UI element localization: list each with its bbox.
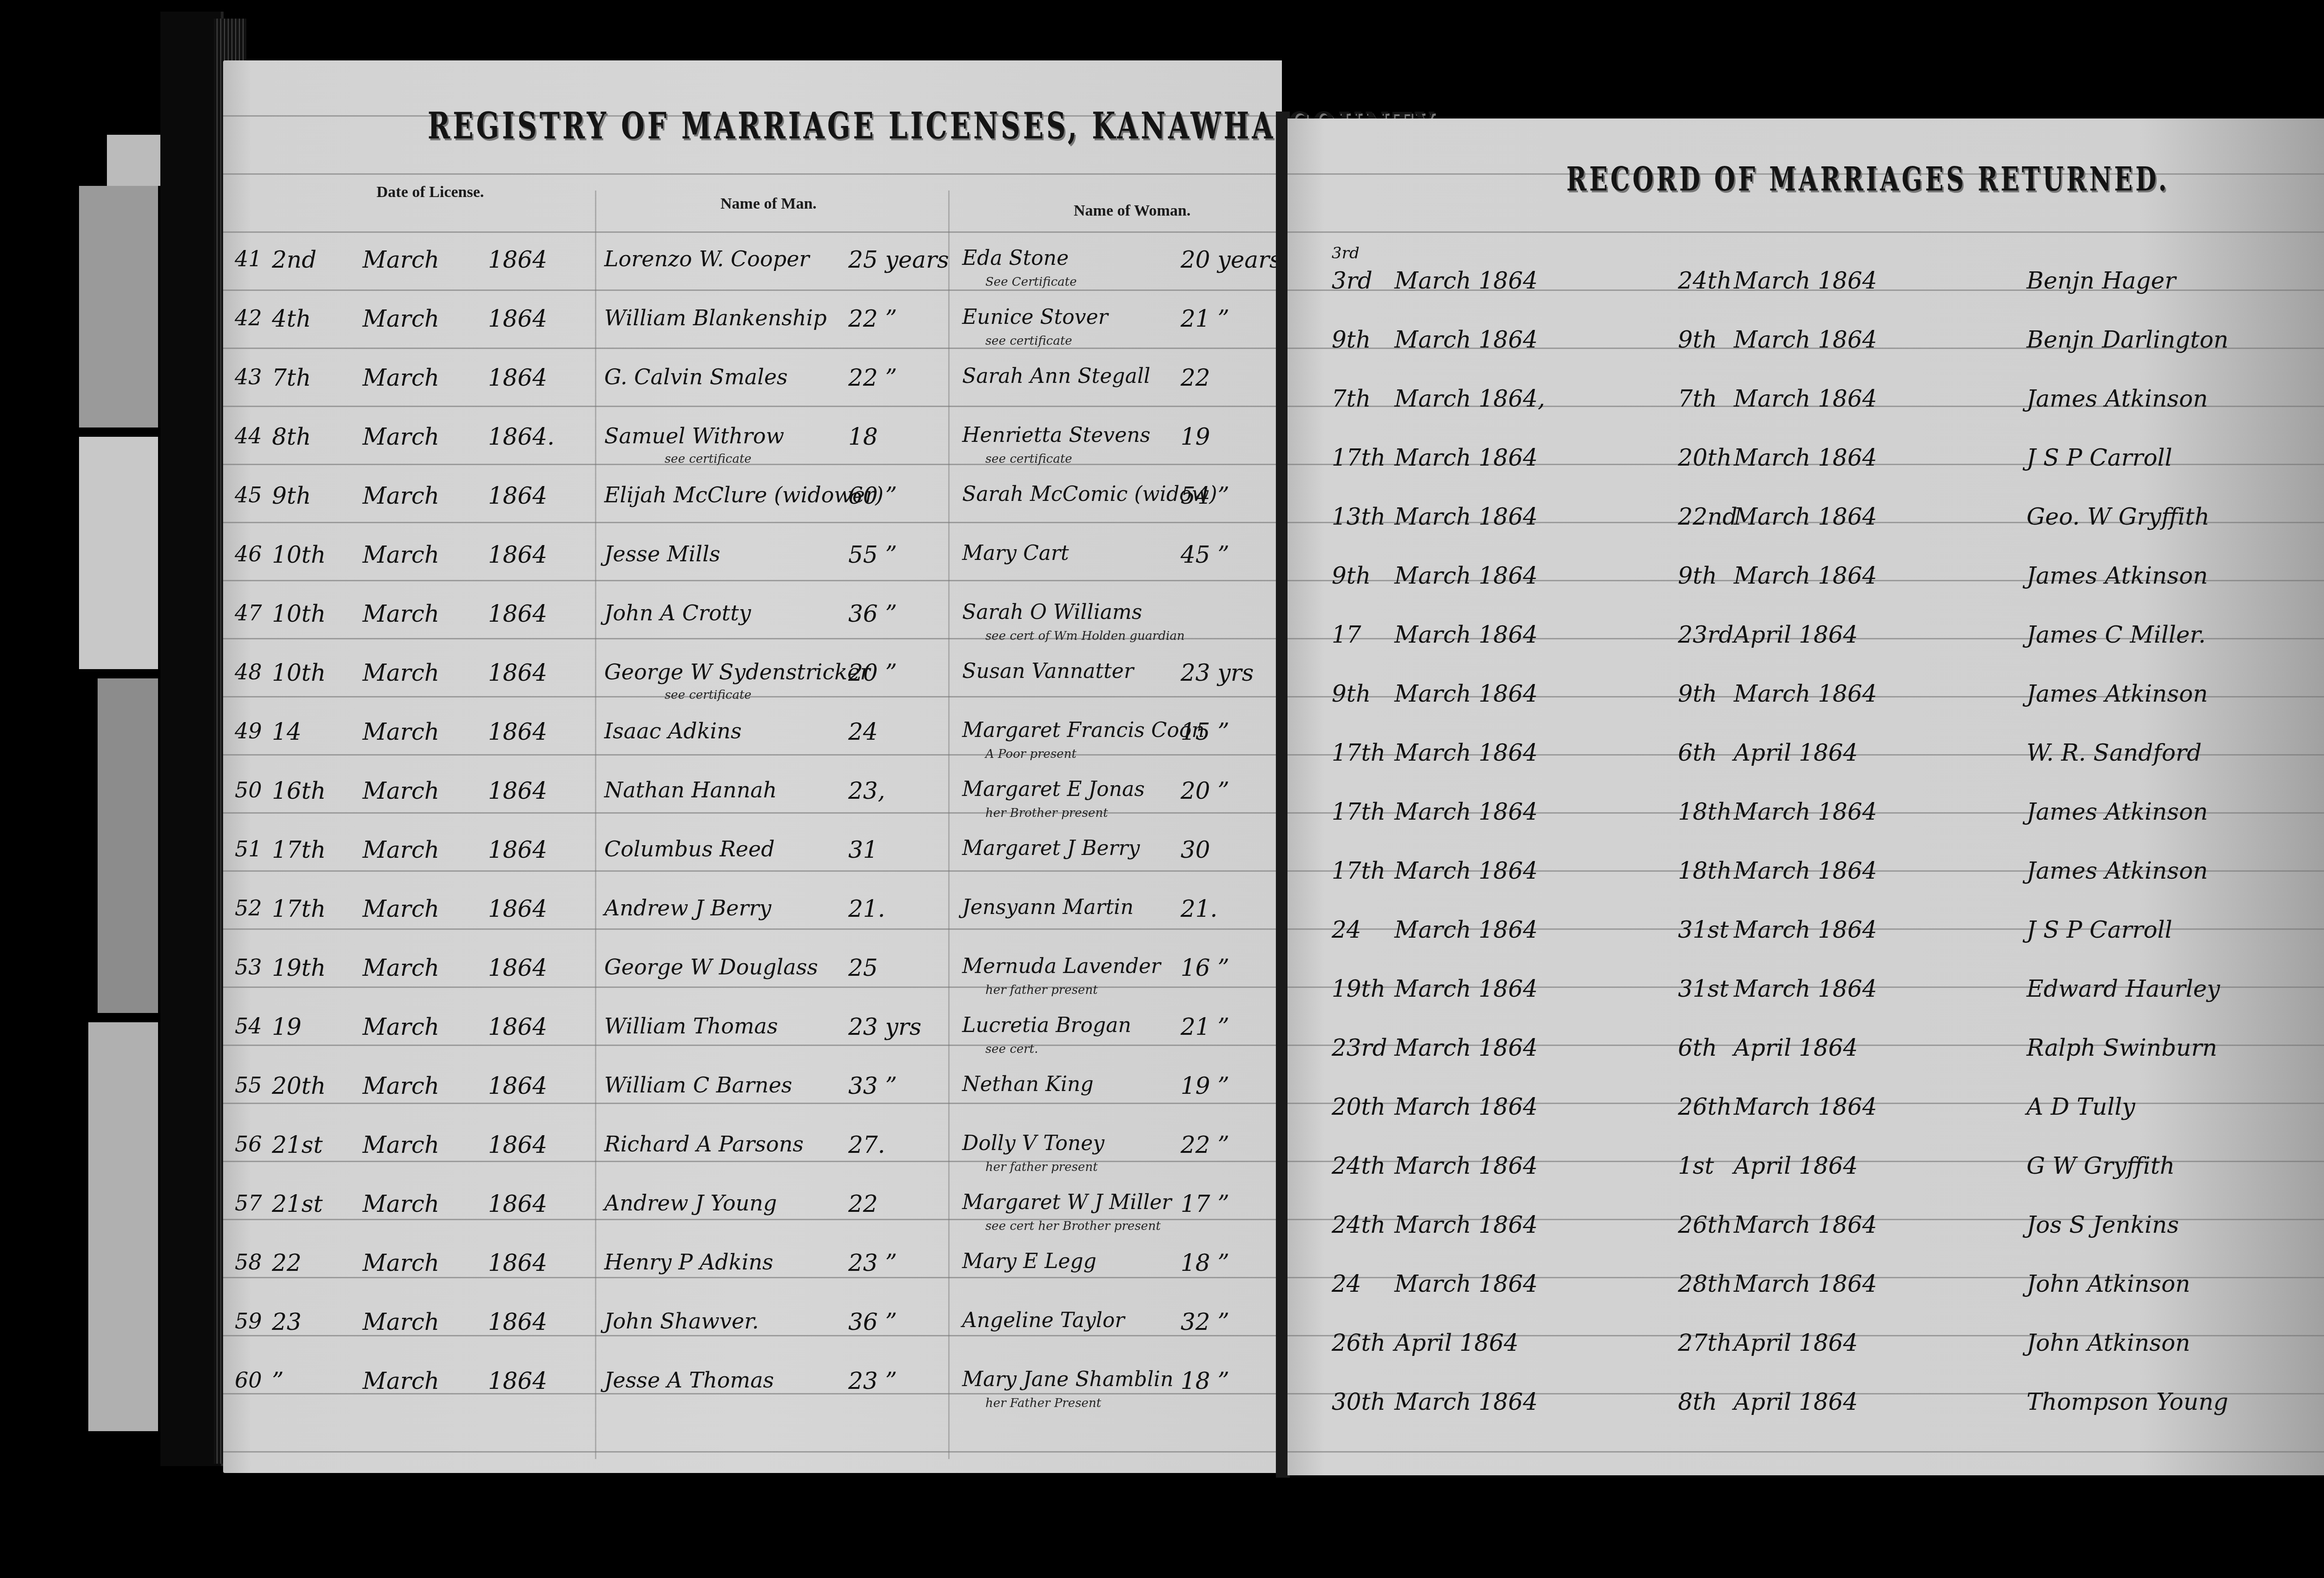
officiant-name: J S P Carroll [2027,444,2172,471]
woman-note: A Poor present [985,747,1076,761]
woman-name: Margaret Francis Coon [962,718,1205,742]
man-age: 27. [848,1131,885,1158]
returned-day: 18th [1678,857,1732,884]
married-date: March 1864 [1394,503,1538,530]
man-name: Nathan Hannah [604,777,777,802]
license-row: 47 10th March 1864 John A Crotty 36 ” Sa… [223,600,1282,658]
woman-age: 15 ” [1181,718,1229,745]
return-row: 24th March 1864 1st April 1864 G W Gryff… [1287,1152,2324,1210]
license-row: 51 17th March 1864 Columbus Reed 31 Marg… [223,836,1282,894]
license-year: 1864 [488,659,547,686]
license-year: 1864. [488,423,555,450]
man-age: 22 ” [848,364,897,391]
man-age: 18 [848,423,878,450]
woman-name: Eunice Stover [962,305,1108,329]
married-day: 17th [1332,444,1386,471]
return-row: 23rd March 1864 6th April 1864 Ralph Swi… [1287,1034,2324,1092]
entry-number: 41 [235,246,262,271]
return-row: 24 March 1864 31st March 1864 J S P Carr… [1287,916,2324,974]
married-day: 7th [1332,385,1371,412]
returned-date: March 1864 [1734,444,1877,471]
woman-note: see certificate [985,452,1072,466]
license-year: 1864 [488,1308,547,1335]
license-row: 60 ” March 1864 Jesse A Thomas 23 ” Mary… [223,1368,1282,1426]
returned-day: 31st [1678,975,1729,1002]
entry-number: 46 [235,541,262,566]
license-day: 9th [272,482,311,509]
married-date: March 1864 [1394,444,1538,471]
license-day: 23 [272,1308,302,1335]
returned-date: April 1864 [1734,1329,1858,1356]
married-date: March 1864 [1394,562,1538,589]
officiant-name: Jos S Jenkins [2027,1211,2179,1238]
returned-day: 23rd [1678,621,1734,648]
returned-day: 20th [1678,444,1732,471]
married-date: April 1864 [1394,1329,1519,1356]
return-row: 13th March 1864 22nd March 1864 Geo. W G… [1287,503,2324,561]
woman-note: her Brother present [985,806,1108,820]
returned-day: 8th [1678,1388,1717,1415]
married-date: March 1864 [1394,1211,1538,1238]
license-year: 1864 [488,718,547,745]
married-date: March 1864, [1394,385,1545,412]
woman-note: see certificate [985,334,1072,348]
married-day: 9th [1332,326,1371,353]
return-row: 17 March 1864 23rd April 1864 James C Mi… [1287,621,2324,679]
license-month: March [363,364,439,391]
license-day: 17th [272,836,326,863]
license-month: March [363,1013,439,1040]
woman-age: 21 ” [1181,305,1229,332]
married-date: March 1864 [1394,916,1538,943]
returned-date: March 1864 [1734,267,1877,294]
man-note: see certificate [665,688,752,702]
woman-name: Henrietta Stevens [962,423,1150,447]
license-day: 14 [272,718,302,745]
entry-number: 60 [235,1368,262,1393]
officiant-name: Geo. W Gryffith [2027,503,2210,530]
license-day: 20th [272,1072,326,1099]
entry-number: 56 [235,1131,262,1157]
license-month: March [363,1308,439,1335]
married-date: March 1864 [1394,621,1538,648]
top-annotation: 3rd [1332,244,1360,263]
married-day: 24th [1332,1152,1386,1179]
woman-age: 20 ” [1181,777,1229,804]
license-row: 54 19 March 1864 William Thomas 23 yrs L… [223,1013,1282,1072]
woman-name: Sarah O Williams [962,600,1142,624]
returned-date: April 1864 [1734,1034,1858,1061]
license-day: 19 [272,1013,302,1040]
return-row: 3rd March 1864 24th March 1864 Benjn Hag… [1287,267,2324,325]
woman-name: Margaret W J Miller [962,1190,1172,1214]
license-month: March [363,659,439,686]
license-year: 1864 [488,836,547,863]
woman-name: Margaret E Jonas [962,777,1145,801]
returned-date: April 1864 [1734,1152,1858,1179]
woman-name: Jensyann Martin [962,895,1134,919]
license-month: March [363,423,439,450]
man-age: 22 ” [848,305,897,332]
officiant-name: Ralph Swinburn [2027,1034,2217,1061]
license-month: March [363,600,439,627]
man-name: Jesse A Thomas [604,1368,774,1393]
married-date: March 1864 [1394,1270,1538,1297]
married-day: 3rd [1332,267,1373,294]
license-year: 1864 [488,1131,547,1158]
entry-number: 50 [235,777,262,802]
left-page: REGISTRY OF MARRIAGE LICENSES, KANAWHA C… [223,60,1282,1473]
woman-age: 19 ” [1181,1072,1229,1099]
man-age: 33 ” [848,1072,897,1099]
entry-number: 53 [235,954,262,980]
officiant-name: James Atkinson [2027,798,2208,825]
man-name: Isaac Adkins [604,718,742,743]
man-age: 31 [848,836,878,863]
woman-age: 22 [1181,364,1210,391]
license-year: 1864 [488,895,547,922]
man-name: Richard A Parsons [604,1131,804,1157]
column-header-date: Date of License. [376,184,484,201]
man-age: 36 ” [848,1308,897,1335]
man-name: Lorenzo W. Cooper [604,246,809,271]
returned-date: March 1864 [1734,857,1877,884]
man-name: Jesse Mills [604,541,720,566]
return-row: 17th March 1864 20th March 1864 J S P Ca… [1287,444,2324,502]
license-day: 22 [272,1249,302,1276]
married-day: 23rd [1332,1034,1387,1061]
man-age: 25 [848,954,878,981]
officiant-name: Thompson Young [2027,1388,2228,1415]
officiant-name: James Atkinson [2027,680,2208,707]
returned-date: April 1864 [1734,739,1858,766]
woman-age: 18 ” [1181,1249,1229,1276]
woman-note: see cert. [985,1042,1038,1056]
license-row: 49 14 March 1864 Isaac Adkins 24 Margare… [223,718,1282,776]
woman-name: Lucretia Brogan [962,1013,1131,1037]
returned-date: March 1864 [1734,1270,1877,1297]
married-day: 17th [1332,798,1386,825]
woman-name: Sarah Ann Stegall [962,364,1150,388]
woman-name: Angeline Taylor [962,1308,1124,1332]
license-month: March [363,1190,439,1217]
man-age: 60 ” [848,482,897,509]
woman-name: Nethan King [962,1072,1094,1096]
license-row: 55 20th March 1864 William C Barnes 33 ”… [223,1072,1282,1131]
return-row: 26th April 1864 27th April 1864 John Atk… [1287,1329,2324,1387]
man-name: George W Sydenstricker [604,659,870,684]
officiant-name: J S P Carroll [2027,916,2172,943]
woman-name: Eda Stone [962,246,1069,270]
woman-name: Mary E Legg [962,1249,1096,1273]
entry-number: 43 [235,364,262,389]
license-month: March [363,718,439,745]
license-day: 2nd [272,246,317,273]
married-date: March 1864 [1394,798,1538,825]
license-year: 1864 [488,541,547,568]
license-year: 1864 [488,1249,547,1276]
officiant-name: James Atkinson [2027,857,2208,884]
officiant-name: John Atkinson [2027,1329,2190,1356]
license-year: 1864 [488,246,547,273]
returned-date: March 1864 [1734,916,1877,943]
license-month: March [363,1368,439,1394]
entry-number: 42 [235,305,262,330]
man-age: 55 ” [848,541,897,568]
woman-age: 18 ” [1181,1368,1229,1394]
license-year: 1864 [488,1368,547,1394]
returned-date: March 1864 [1734,1093,1877,1120]
returned-date: April 1864 [1734,1388,1858,1415]
license-year: 1864 [488,600,547,627]
officiant-name: James Atkinson [2027,562,2208,589]
license-day: 8th [272,423,311,450]
officiant-name: A D Tully [2027,1093,2135,1120]
woman-age: 45 ” [1181,541,1229,568]
married-day: 26th [1332,1329,1386,1356]
woman-age: 20 years [1181,246,1281,273]
man-name: William Blankenship [604,305,827,330]
return-row: 17th March 1864 18th March 1864 James At… [1287,798,2324,856]
license-row: 56 21st March 1864 Richard A Parsons 27.… [223,1131,1282,1190]
married-day: 19th [1332,975,1386,1002]
man-age: 22 [848,1190,878,1217]
right-page-title: RECORD OF MARRIAGES RETURNED. [1566,160,2170,198]
returned-day: 6th [1678,1034,1717,1061]
woman-name: Mary Cart [962,541,1069,565]
married-day: 17 [1332,621,1361,648]
return-row: 9th March 1864 9th March 1864 Benjn Darl… [1287,326,2324,384]
entry-number: 51 [235,836,262,861]
license-month: March [363,1072,439,1099]
entry-number: 48 [235,659,262,684]
license-row: 50 16th March 1864 Nathan Hannah 23, Mar… [223,777,1282,835]
married-day: 9th [1332,562,1371,589]
married-date: March 1864 [1394,1388,1538,1415]
license-day: 16th [272,777,326,804]
license-month: March [363,541,439,568]
man-name: Andrew J Berry [604,895,772,920]
man-name: G. Calvin Smales [604,364,788,389]
license-month: March [363,954,439,981]
return-row: 9th March 1864 9th March 1864 James Atki… [1287,680,2324,738]
woman-name: Susan Vannatter [962,659,1134,683]
returned-date: April 1864 [1734,621,1858,648]
married-date: March 1864 [1394,680,1538,707]
woman-age: 54 ” [1181,482,1229,509]
married-day: 30th [1332,1388,1386,1415]
return-row: 9th March 1864 9th March 1864 James Atki… [1287,562,2324,620]
returned-date: March 1864 [1734,503,1877,530]
woman-name: Dolly V Toney [962,1131,1104,1155]
married-day: 17th [1332,739,1386,766]
woman-note: her Father Present [985,1396,1101,1410]
woman-note: her father present [985,1160,1098,1174]
entry-number: 57 [235,1190,262,1216]
woman-note: See Certificate [985,275,1077,289]
license-month: March [363,836,439,863]
returned-date: March 1864 [1734,562,1877,589]
married-day: 20th [1332,1093,1386,1120]
torn-page-edges [79,28,163,1422]
return-row: 30th March 1864 8th April 1864 Thompson … [1287,1388,2324,1446]
man-age: 21. [848,895,885,922]
returned-day: 28th [1678,1270,1732,1297]
man-name: John A Crotty [604,600,751,625]
man-name: John Shawver. [604,1308,759,1334]
man-name: Columbus Reed [604,836,775,861]
man-age: 36 ” [848,600,897,627]
license-row: 46 10th March 1864 Jesse Mills 55 ” Mary… [223,541,1282,599]
license-day: 7th [272,364,311,391]
return-row: 17th March 1864 6th April 1864 W. R. San… [1287,739,2324,797]
returned-day: 31st [1678,916,1729,943]
returned-date: March 1864 [1734,326,1877,353]
license-day: 19th [272,954,326,981]
woman-age: 32 ” [1181,1308,1229,1335]
woman-name: Margaret J Berry [962,836,1140,860]
man-name: Elijah McClure (widower) [604,482,884,507]
returned-date: March 1864 [1734,1211,1877,1238]
entry-number: 59 [235,1308,262,1334]
license-year: 1864 [488,777,547,804]
woman-age: 30 [1181,836,1210,863]
married-date: March 1864 [1394,326,1538,353]
woman-age: 23 yrs [1181,659,1254,686]
officiant-name: Edward Haurley [2027,975,2220,1002]
license-row: 48 10th March 1864 George W Sydenstricke… [223,659,1282,717]
man-age: 20 ” [848,659,897,686]
man-name: George W Douglass [604,954,818,980]
man-age: 23 ” [848,1249,897,1276]
license-month: March [363,246,439,273]
column-header-man: Name of Man. [720,195,817,213]
license-year: 1864 [488,1013,547,1040]
woman-name: Mary Jane Shamblin [962,1368,1173,1391]
officiant-name: John Atkinson [2027,1270,2190,1297]
man-age: 23, [848,777,885,804]
return-row: 24th March 1864 26th March 1864 Jos S Je… [1287,1211,2324,1269]
right-page: RECORD OF MARRIAGES RETURNED. 3rd 3rd Ma… [1287,118,2324,1475]
married-day: 17th [1332,857,1386,884]
license-year: 1864 [488,364,547,391]
license-month: March [363,482,439,509]
return-row: 20th March 1864 26th March 1864 A D Tull… [1287,1093,2324,1151]
return-row: 24 March 1864 28th March 1864 John Atkin… [1287,1270,2324,1328]
woman-name: Sarah McComic (widow) [962,482,1217,506]
man-name: Andrew J Young [604,1190,777,1216]
man-age: 25 years [848,246,949,273]
returned-day: 9th [1678,326,1717,353]
license-day: 21st [272,1190,323,1217]
entry-number: 47 [235,600,262,625]
married-day: 24 [1332,1270,1361,1297]
returned-day: 7th [1678,385,1717,412]
license-row: 45 9th March 1864 Elijah McClure (widowe… [223,482,1282,540]
entry-number: 54 [235,1013,262,1039]
returned-day: 6th [1678,739,1717,766]
returned-day: 27th [1678,1329,1732,1356]
woman-note: see cert her Brother present [985,1219,1161,1233]
returned-day: 9th [1678,680,1717,707]
officiant-name: W. R. Sandford [2027,739,2202,766]
man-age: 24 [848,718,878,745]
returned-day: 1st [1678,1152,1714,1179]
man-note: see certificate [665,452,752,466]
married-date: March 1864 [1394,1093,1538,1120]
married-day: 9th [1332,680,1371,707]
license-row: 44 8th March 1864. Samuel Withrow see ce… [223,423,1282,481]
returned-day: 26th [1678,1211,1732,1238]
married-date: March 1864 [1394,1034,1538,1061]
license-row: 57 21st March 1864 Andrew J Young 22 Mar… [223,1190,1282,1249]
license-row: 53 19th March 1864 George W Douglass 25 … [223,954,1282,1013]
married-date: March 1864 [1394,739,1538,766]
officiant-name: Benjn Darlington [2027,326,2229,353]
married-day: 24th [1332,1211,1386,1238]
license-row: 59 23 March 1864 John Shawver. 36 ” Ange… [223,1308,1282,1367]
license-month: March [363,305,439,332]
entry-number: 55 [235,1072,262,1098]
returned-day: 9th [1678,562,1717,589]
returned-date: March 1864 [1734,975,1877,1002]
woman-age: 22 ” [1181,1131,1229,1158]
license-day: 10th [272,659,326,686]
license-month: March [363,895,439,922]
license-day: 17th [272,895,326,922]
returned-day: 26th [1678,1093,1732,1120]
officiant-name: Benjn Hager [2027,267,2176,294]
returned-date: March 1864 [1734,680,1877,707]
license-month: March [363,1131,439,1158]
woman-name: Mernuda Lavender [962,954,1161,978]
man-age: 23 yrs [848,1013,921,1040]
license-day: 10th [272,600,326,627]
woman-age: 16 ” [1181,954,1229,981]
man-name: William Thomas [604,1013,778,1039]
married-date: March 1864 [1394,857,1538,884]
license-day: 4th [272,305,311,332]
returned-day: 24th [1678,267,1732,294]
officiant-name: James C Miller. [2027,621,2206,648]
license-row: 42 4th March 1864 William Blankenship 22… [223,305,1282,363]
man-name: Henry P Adkins [604,1249,773,1275]
return-row: 17th March 1864 18th March 1864 James At… [1287,857,2324,915]
woman-note: see cert of Wm Holden guardian [985,629,1185,643]
license-row: 43 7th March 1864 G. Calvin Smales 22 ” … [223,364,1282,422]
married-day: 13th [1332,503,1386,530]
entry-number: 45 [235,482,262,507]
married-date: March 1864 [1394,975,1538,1002]
returned-date: March 1864 [1734,798,1877,825]
license-year: 1864 [488,305,547,332]
license-year: 1864 [488,482,547,509]
returned-date: March 1864 [1734,385,1877,412]
man-name: William C Barnes [604,1072,792,1098]
married-day: 24 [1332,916,1361,943]
entry-number: 52 [235,895,262,920]
license-row: 58 22 March 1864 Henry P Adkins 23 ” Mar… [223,1249,1282,1308]
returned-day: 22nd [1678,503,1737,530]
woman-age: 19 [1181,423,1210,450]
entry-number: 44 [235,423,262,448]
man-name: Samuel Withrow [604,423,784,448]
entry-number: 58 [235,1249,262,1275]
license-month: March [363,777,439,804]
returned-day: 18th [1678,798,1732,825]
woman-age: 21. [1181,895,1218,922]
license-year: 1864 [488,1072,547,1099]
